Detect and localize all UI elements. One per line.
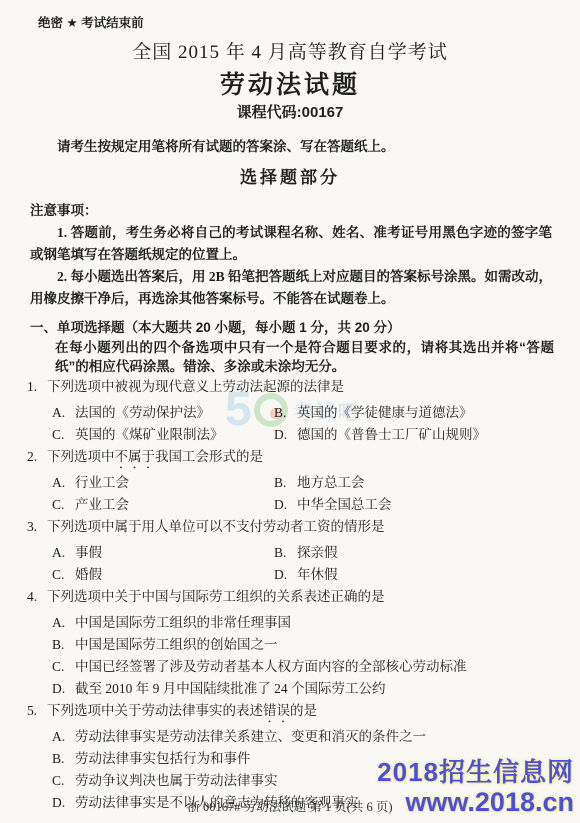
option-text: 事假 (75, 542, 102, 564)
option-letter: C. (52, 770, 75, 792)
option-a: A.中国是国际劳工组织的非常任理事国 (52, 612, 552, 634)
option-text: 英国的《煤矿业限制法》 (75, 424, 224, 446)
question-number: 4. (27, 586, 47, 612)
paper-content: 绝密 ★ 考试结束前 全国 2015 年 4 月高等教育自学考试 劳动法试题 课… (0, 14, 580, 814)
option-c: C.中国已经签署了涉及劳动者基本人权方面内容的全部核心劳动标准 (52, 656, 552, 678)
question-4: 4. 下列选项中关于中国与国际劳工组织的关系表述正确的是 A.中国是国际劳工组织… (27, 586, 552, 700)
option-group: A.事假 B.探亲假 C.婚假 D.年休假 (52, 542, 552, 586)
notice-item-1: 1. 答题前，考生务必将自己的考试课程名称、姓名、准考证号用黑色字迹的签字笔或钢… (30, 222, 552, 266)
option-text: 行业工会 (75, 472, 129, 494)
exam-paper-page: 5 考试吧 绝密 ★ 考试结束前 全国 2015 年 4 月高等教育自学考试 劳… (0, 0, 580, 823)
option-text: 中华全国总工会 (297, 494, 392, 516)
question-stem: 2. 下列选项中不属于我国工会形式的是 (27, 446, 552, 472)
option-letter: B. (274, 402, 297, 424)
option-letter: A. (52, 612, 75, 634)
question-list: 1. 下列选项中被视为现代意义上劳动法起源的法律是 A.法国的《劳动保护法》 B… (27, 376, 552, 814)
question-text: 下列选项中属于用人单位可以不支付劳动者工资的情形是 (47, 516, 552, 542)
option-b: B.英国的《学徒健康与道德法》 (274, 402, 552, 424)
mcq-section-direction: 在每小题列出的四个备选项中只有一个是符合题目要求的，请将其选出并将“答题纸”的相… (55, 338, 554, 376)
paper-title: 劳动法试题 (0, 68, 580, 102)
option-text: 法国的《劳动保护法》 (75, 402, 210, 424)
option-text: 英国的《学徒健康与道德法》 (297, 402, 473, 424)
option-text: 婚假 (75, 564, 102, 586)
option-text: 探亲假 (297, 542, 338, 564)
option-text: 地方总工会 (297, 472, 365, 494)
question-2: 2. 下列选项中不属于我国工会形式的是 A.行业工会 B.地方总工会 C.产业工… (27, 446, 552, 516)
question-number: 1. (27, 376, 47, 402)
option-group: A.法国的《劳动保护法》 B.英国的《学徒健康与道德法》 C.英国的《煤矿业限制… (52, 402, 552, 446)
option-letter: A. (52, 472, 75, 494)
option-text: 年休假 (297, 564, 338, 586)
option-text: 产业工会 (75, 494, 129, 516)
option-letter: D. (52, 678, 75, 700)
option-letter: C. (52, 656, 75, 678)
option-letter: C. (52, 564, 75, 586)
option-letter: B. (274, 542, 297, 564)
option-text: 劳动法律事实包括行为和事件 (75, 748, 251, 770)
option-letter: A. (52, 402, 75, 424)
option-letter: D. (274, 564, 297, 586)
notice-title: 注意事项： (30, 200, 550, 222)
option-text: 劳动法律事实是劳动法律关系建立、变更和消灭的条件之一 (75, 726, 426, 748)
option-d: D.德国的《普鲁士工厂矿山规则》 (274, 424, 552, 446)
option-c: C.英国的《煤矿业限制法》 (52, 424, 274, 446)
option-a: A.事假 (52, 542, 274, 564)
question-text: 下列选项中关于劳动法律事实的表述错误的是 (47, 700, 552, 726)
option-letter: A. (52, 726, 75, 748)
question-number: 5. (27, 700, 47, 726)
option-letter: C. (52, 424, 75, 446)
option-d: D.截至 2010 年 9 月中国陆续批准了 24 个国际劳工公约 (52, 678, 552, 700)
option-c: C.产业工会 (52, 494, 274, 516)
option-letter: B. (274, 472, 297, 494)
option-letter: D. (274, 424, 297, 446)
question-3: 3. 下列选项中属于用人单位可以不支付劳动者工资的情形是 A.事假 B.探亲假 … (27, 516, 552, 586)
notice-item-2: 2. 每小题选出答案后，用 2B 铅笔把答题纸上对应题目的答案标号涂黑。如需改动… (30, 266, 552, 310)
question-text: 下列选项中不属于我国工会形式的是 (47, 446, 552, 472)
option-b: B.地方总工会 (274, 472, 552, 494)
option-text: 德国的《普鲁士工厂矿山规则》 (297, 424, 486, 446)
site-watermark: 2018招生信息网 www.2018.cn (377, 757, 574, 817)
option-text: 劳动争议判决也属于劳动法律事实 (75, 770, 278, 792)
question-stem: 4. 下列选项中关于中国与国际劳工组织的关系表述正确的是 (27, 586, 552, 612)
site-watermark-url: www.2018.cn (377, 787, 574, 817)
question-stem: 5. 下列选项中关于劳动法律事实的表述错误的是 (27, 700, 552, 726)
option-text: 截至 2010 年 9 月中国陆续批准了 24 个国际劳工公约 (75, 678, 386, 700)
option-text: 中国是国际劳工组织的非常任理事国 (75, 612, 291, 634)
mcq-section-heading: 一、单项选择题（本大题共 20 小题，每小题 1 分，共 20 分） (30, 318, 552, 338)
question-stem: 3. 下列选项中属于用人单位可以不支付劳动者工资的情形是 (27, 516, 552, 542)
option-a: A.法国的《劳动保护法》 (52, 402, 274, 424)
option-text: 中国已经签署了涉及劳动者基本人权方面内容的全部核心劳动标准 (75, 656, 467, 678)
option-b: B.中国是国际劳工组织的创始国之一 (52, 634, 552, 656)
option-letter: D. (274, 494, 297, 516)
option-c: C.婚假 (52, 564, 274, 586)
option-a: A.劳动法律事实是劳动法律关系建立、变更和消灭的条件之一 (52, 726, 552, 748)
option-letter: B. (52, 634, 75, 656)
option-text: 中国是国际劳工组织的创始国之一 (75, 634, 278, 656)
exam-name: 全国 2015 年 4 月高等教育自学考试 (0, 40, 580, 66)
question-number: 3. (27, 516, 47, 542)
question-1: 1. 下列选项中被视为现代意义上劳动法起源的法律是 A.法国的《劳动保护法》 B… (27, 376, 552, 446)
question-stem: 1. 下列选项中被视为现代意义上劳动法起源的法律是 (27, 376, 552, 402)
option-group: A.中国是国际劳工组织的非常任理事国 B.中国是国际劳工组织的创始国之一 C.中… (52, 612, 552, 700)
question-text: 下列选项中被视为现代意义上劳动法起源的法律是 (47, 376, 552, 402)
option-group: A.行业工会 B.地方总工会 C.产业工会 D.中华全国总工会 (52, 472, 552, 516)
pen-instruction: 请考生按规定用笔将所有试题的答案涂、写在答题纸上。 (30, 136, 550, 158)
option-letter: C. (52, 494, 75, 516)
classified-banner: 绝密 ★ 考试结束前 (38, 14, 580, 32)
option-a: A.行业工会 (52, 472, 274, 494)
site-watermark-name: 2018招生信息网 (377, 757, 574, 787)
option-b: B.探亲假 (274, 542, 552, 564)
course-code: 课程代码:00167 (0, 102, 580, 124)
section-part-title: 选择题部分 (0, 166, 580, 190)
option-d: D.中华全国总工会 (274, 494, 552, 516)
option-letter: B. (52, 748, 75, 770)
option-letter: A. (52, 542, 75, 564)
question-text: 下列选项中关于中国与国际劳工组织的关系表述正确的是 (47, 586, 552, 612)
option-d: D.年休假 (274, 564, 552, 586)
question-number: 2. (27, 446, 47, 472)
